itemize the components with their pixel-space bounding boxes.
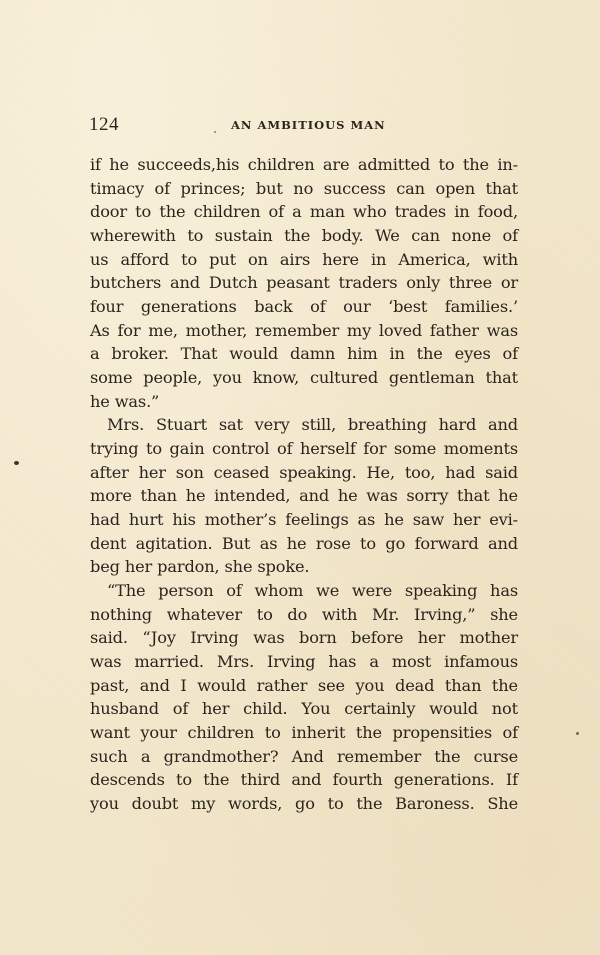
text-line: us afford to put on airs here in America… (90, 248, 518, 272)
text-line: want your children to inherit the propen… (90, 721, 518, 745)
running-head: AN AMBITIOUS MAN (231, 118, 386, 132)
text-line: a broker. That would damn him in the eye… (90, 342, 518, 366)
text-line: four generations back of our ‘best famil… (90, 295, 518, 319)
text-line: nothing whatever to do with Mr. Irving,”… (90, 603, 518, 627)
text-line: if he succeeds,his children are admitted… (90, 153, 518, 177)
text-line: door to the children of a man who trades… (90, 200, 518, 224)
text-line: some people, you know, cultured gentlema… (90, 366, 518, 390)
text-line: As for me, mother, remember my loved fat… (90, 319, 518, 343)
text-line: “The person of whom we were speaking has (90, 579, 518, 603)
text-line: timacy of princes; but no success can op… (90, 177, 518, 201)
text-line: you doubt my words, go to the Baroness. … (90, 792, 518, 816)
text-line: trying to gain control of herself for so… (90, 437, 518, 461)
text-line: such a grandmother? And remember the cur… (90, 745, 518, 769)
text-line: beg her pardon, she spoke. (90, 555, 518, 579)
text-line: had hurt his mother’s feelings as he saw… (90, 508, 518, 532)
paragraph: “The person of whom we were speaking has… (90, 579, 518, 816)
text-line: butchers and Dutch peasant traders only … (90, 271, 518, 295)
paragraph: if he succeeds,his children are admitted… (90, 153, 518, 413)
text-line: he was.” (90, 390, 518, 414)
paper-speck (214, 131, 216, 133)
text-line: was married. Mrs. Irving has a most infa… (90, 650, 518, 674)
page-header: 124 AN AMBITIOUS MAN (89, 114, 519, 136)
text-line: more than he intended, and he was sorry … (90, 484, 518, 508)
paragraph: Mrs. Stuart sat very still, breathing ha… (90, 413, 518, 579)
text-line: dent agitation. But as he rose to go for… (90, 532, 518, 556)
paper-speck (576, 732, 579, 735)
text-line: said. “Joy Irving was born before her mo… (90, 626, 518, 650)
body-text: if he succeeds,his children are admitted… (90, 153, 518, 816)
text-line: Mrs. Stuart sat very still, breathing ha… (90, 413, 518, 437)
paper-speck (14, 461, 19, 465)
book-page: 124 AN AMBITIOUS MAN if he succeeds,his … (0, 0, 600, 955)
text-line: husband of her child. You certainly woul… (90, 697, 518, 721)
text-line: descends to the third and fourth generat… (90, 768, 518, 792)
text-line: wherewith to sustain the body. We can no… (90, 224, 518, 248)
text-line: past, and I would rather see you dead th… (90, 674, 518, 698)
text-line: after her son ceased speaking. He, too, … (90, 461, 518, 485)
page-number: 124 (89, 114, 119, 136)
